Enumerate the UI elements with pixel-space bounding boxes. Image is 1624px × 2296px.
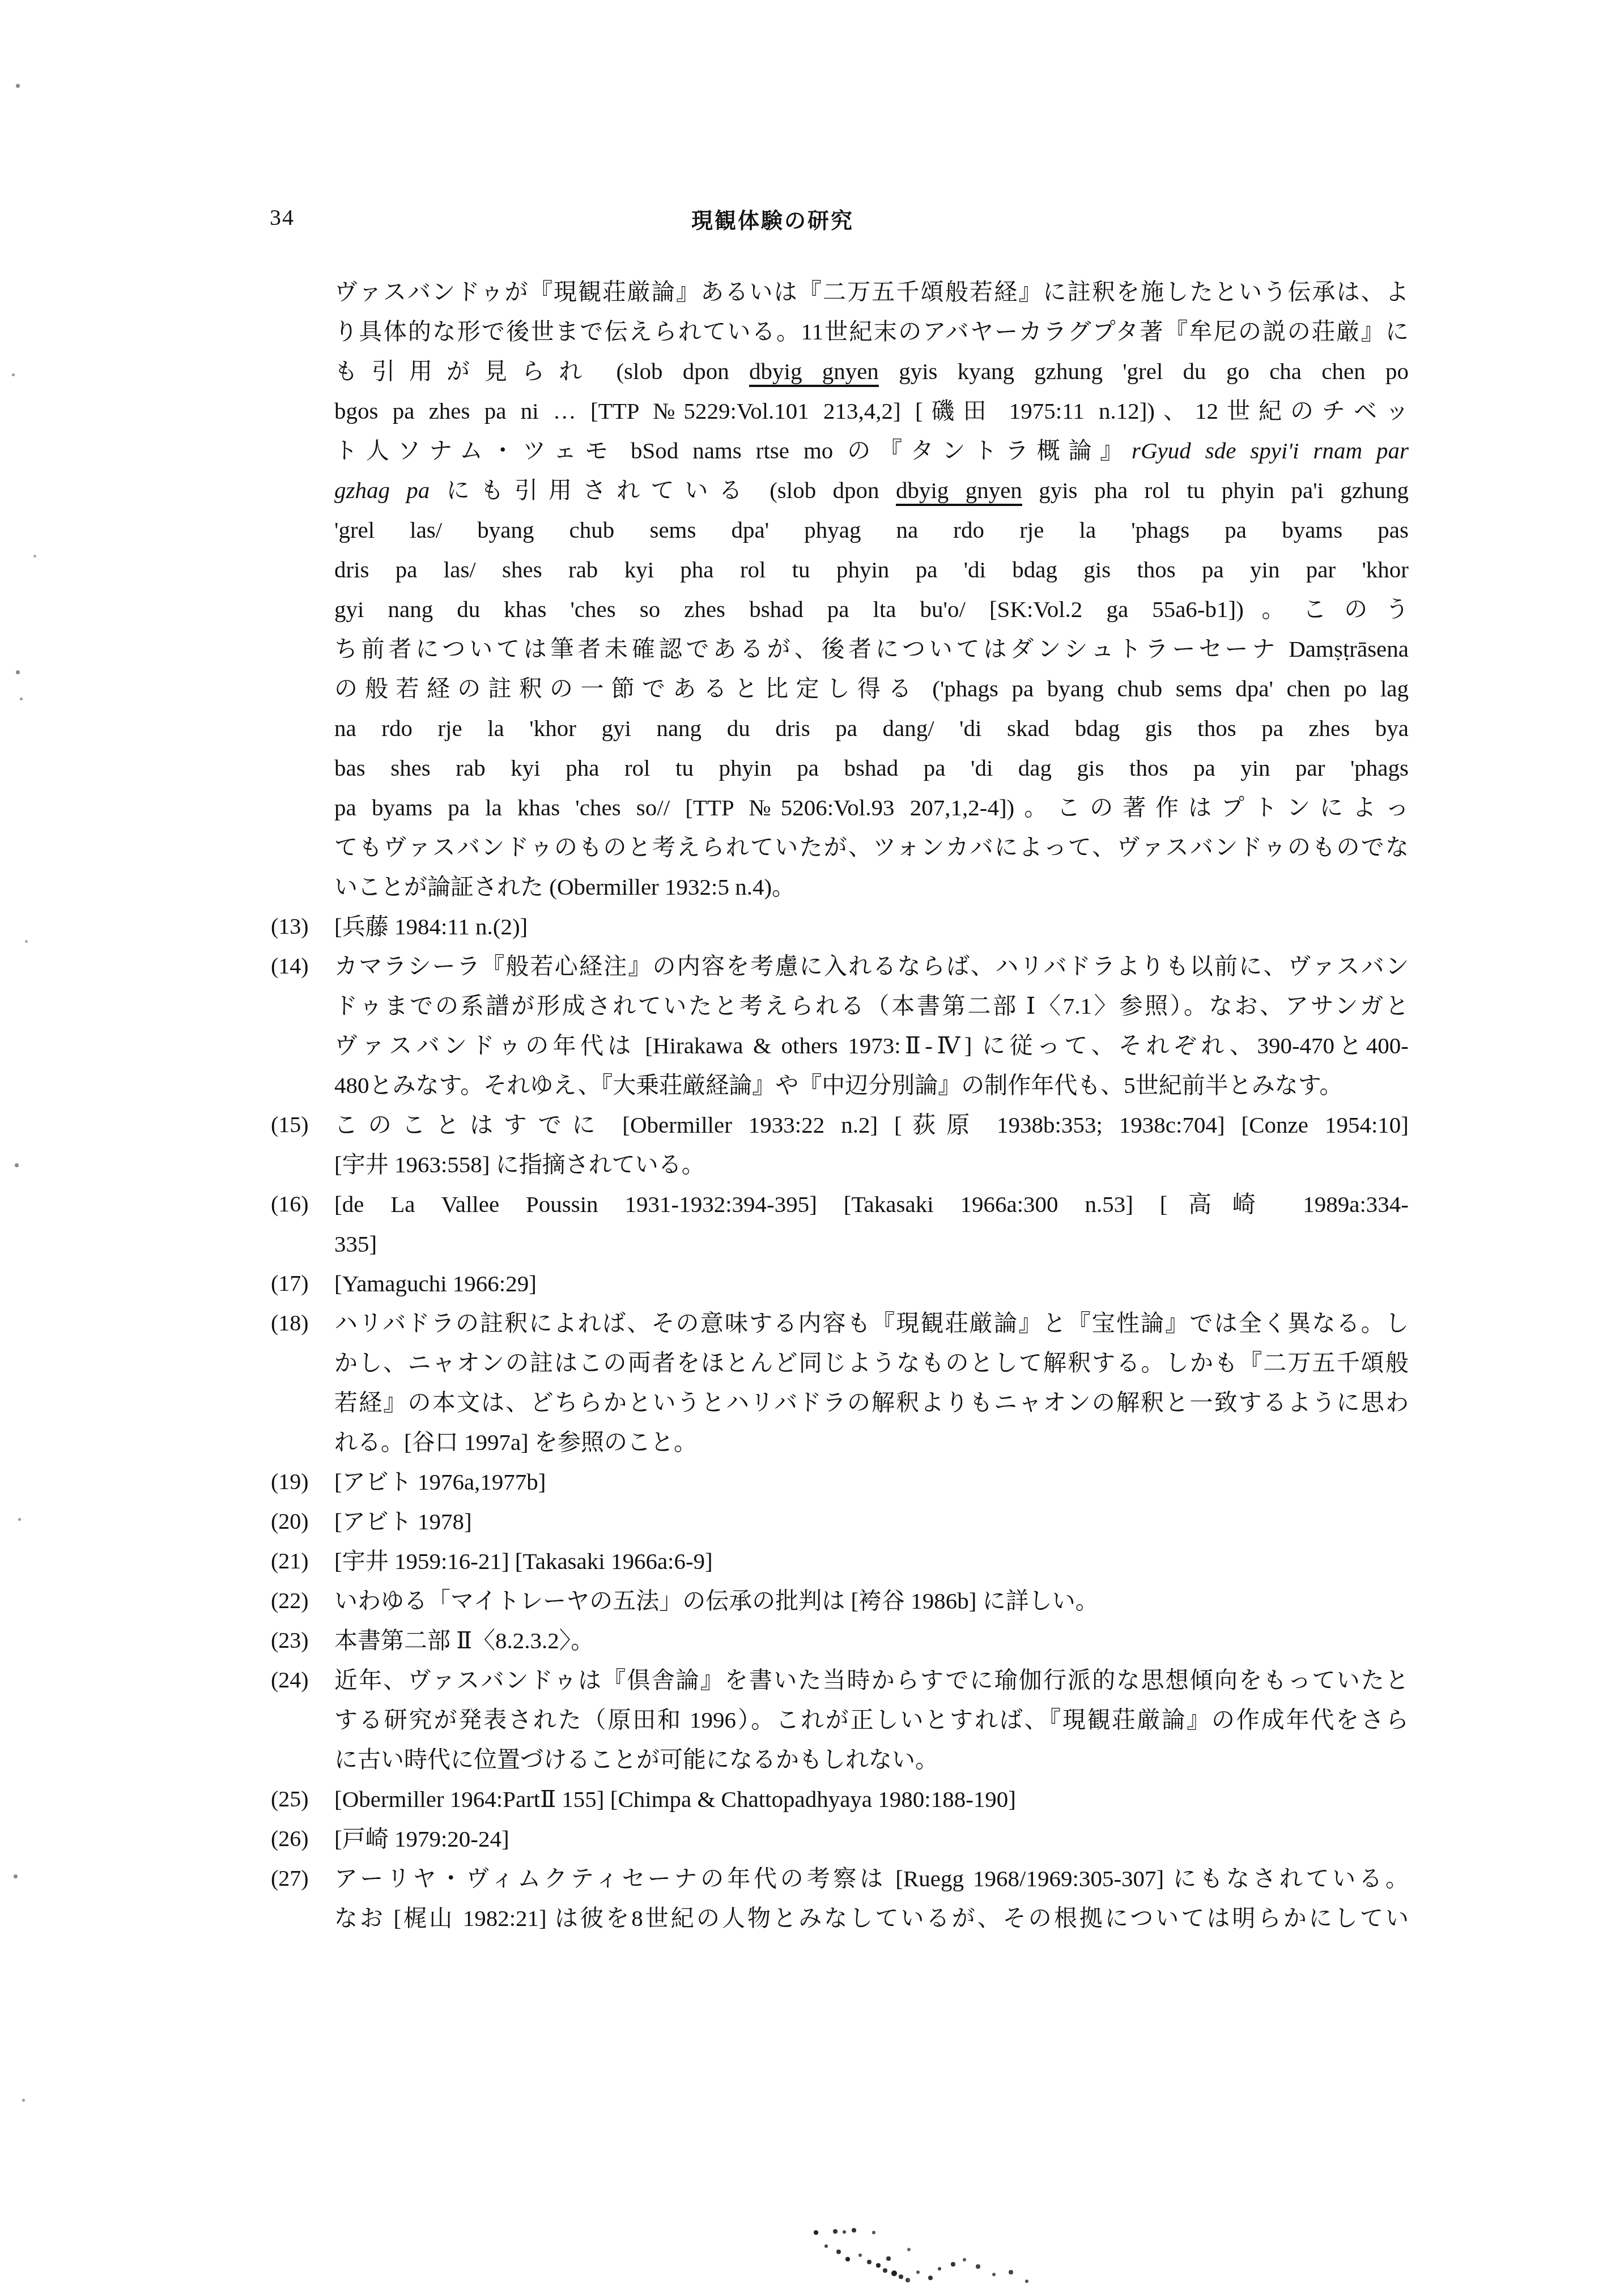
text-segment: このことはすでに [Obermiller 1933:22 n.2] [荻原 19… — [334, 1112, 1409, 1138]
page-number: 34 — [270, 204, 295, 231]
footnote-line: 335] — [334, 1224, 1409, 1264]
footnote-number: (20) — [271, 1502, 309, 1541]
footnote-line: (21)[宇井 1959:16-21] [Takasaki 1966a:6-9] — [334, 1541, 1409, 1581]
paragraph-line: の般若経の註釈の一節であると比定し得る ('phags pa byang chu… — [334, 669, 1409, 708]
text-segment: かし、ニャオンの註はこの両者をほとんど同じようなものとして解釈する。しかも『二万… — [334, 1350, 1409, 1376]
paragraph-line: り具体的な形で後世まで伝えられている。11世紀末のアバヤーカラグプタ著『牟尼の説… — [334, 312, 1409, 351]
paragraph-line: ヴァスバンドゥが『現観荘厳論』あるいは『二万五千頌般若経』に註釈を施したという伝… — [334, 272, 1409, 312]
italic-work-title: gzhag pa — [334, 477, 430, 503]
text-segment: も引用が見られ (slob dpon — [334, 358, 749, 384]
footnote-number: (17) — [271, 1264, 309, 1303]
footnote-line: (17)[Yamaguchi 1966:29] — [334, 1264, 1409, 1303]
footnote-line: (24)近年、ヴァスバンドゥは『倶舎論』を書いた当時からすでに瑜伽行派的な思想傾… — [334, 1660, 1409, 1700]
text-segment: [アビト 1976a,1977b] — [334, 1469, 546, 1495]
paragraph-line: 'grel las/ byang chub sems dpa' phyag na… — [334, 510, 1409, 550]
underlined-term: dbyig gnyen — [749, 358, 879, 387]
text-segment: に古い時代に位置づけることが可能になるかもしれない。 — [334, 1746, 938, 1772]
footnote-line: (27)アーリヤ・ヴィムクティセーナの年代の考察は [Ruegg 1968/19… — [334, 1859, 1409, 1898]
text-segment: 'grel las/ byang chub sems dpa' phyag na… — [334, 517, 1409, 543]
italic-work-title: rGyud sde spyi'i rnam par — [1132, 437, 1409, 464]
footnote-line: する研究が発表された（原田和 1996）。これが正しいとすれば、『現観荘厳論』の… — [334, 1700, 1409, 1740]
text-segment: 近年、ヴァスバンドゥは『倶舎論』を書いた当時からすでに瑜伽行派的な思想傾向をもっ… — [334, 1667, 1409, 1693]
text-segment: gyi nang du khas 'ches so zhes bshad pa … — [334, 596, 1409, 622]
text-segment: てもヴァスバンドゥのものと考えられていたが、ツォンカバによって、ヴァスバンドゥの… — [334, 834, 1409, 860]
text-segment: [Obermiller 1964:PartⅡ 155] [Chimpa & Ch… — [334, 1786, 1016, 1812]
scan-noise-bottom-smudge — [0, 0, 2, 2]
paragraph-line: na rdo rje la 'khor gyi nang du dris pa … — [334, 708, 1409, 748]
footnote-number: (16) — [271, 1184, 309, 1224]
underlined-term: dbyig gnyen — [896, 477, 1022, 506]
text-segment: 335] — [334, 1231, 377, 1257]
footnote-line: (18)ハリバドラの註釈によれば、その意味する内容も『現観荘厳論』と『宝性論』で… — [334, 1303, 1409, 1343]
paragraph-line: gzhag pa にも引用されている (slob dpon dbyig gnye… — [334, 470, 1409, 510]
footnote-number: (24) — [271, 1660, 309, 1700]
footnote-line: ドゥまでの系譜が形成されていたと考えられる（本書第二部 Ⅰ〈7.1〉参照）。なお… — [334, 986, 1409, 1026]
text-segment: pa byams pa la khas 'ches so// [TTP №520… — [334, 794, 1409, 820]
text-segment: いことが論証された (Obermiller 1932:5 n.4)。 — [334, 874, 795, 900]
footnote-number: (22) — [271, 1581, 309, 1621]
text-segment: アーリヤ・ヴィムクティセーナの年代の考察は [Ruegg 1968/1969:3… — [334, 1865, 1409, 1891]
footnote-number: (13) — [271, 907, 309, 946]
footnote-number: (23) — [271, 1621, 309, 1660]
page-header-title: 現観体験の研究 — [691, 203, 854, 234]
scanned-document-page: 34 現観体験の研究 ヴァスバンドゥが『現観荘厳論』あるいは『二万五千頌般若経』… — [0, 0, 1624, 2296]
text-segment: [アビト 1978] — [334, 1508, 472, 1534]
text-segment: ヴァスバンドゥの年代は [Hirakawa & others 1973:Ⅱ-Ⅳ]… — [334, 1032, 1409, 1058]
text-segment: れる。[谷口 1997a] を参照のこと。 — [334, 1429, 697, 1455]
text-segment: [宇井 1959:16-21] [Takasaki 1966a:6-9] — [334, 1548, 713, 1574]
text-segment: する研究が発表された（原田和 1996）。これが正しいとすれば、『現観荘厳論』の… — [334, 1707, 1409, 1733]
text-segment: の般若経の註釈の一節であると比定し得る ('phags pa byang chu… — [334, 675, 1409, 701]
text-segment: 480とみなす。それゆえ、『大乗荘厳経論』や『中辺分別論』の制作年代も、5世紀前… — [334, 1072, 1342, 1098]
paragraph-line: てもヴァスバンドゥのものと考えられていたが、ツォンカバによって、ヴァスバンドゥの… — [334, 827, 1409, 867]
footnote-line: ヴァスバンドゥの年代は [Hirakawa & others 1973:Ⅱ-Ⅳ]… — [334, 1026, 1409, 1065]
footnote-line: (19)[アビト 1976a,1977b] — [334, 1462, 1409, 1502]
text-segment: gyis kyang gzhung 'grel du go cha chen p… — [879, 358, 1409, 384]
text-segment: [Yamaguchi 1966:29] — [334, 1270, 537, 1296]
footnote-number: (14) — [271, 946, 309, 986]
text-content: ヴァスバンドゥが『現観荘厳論』あるいは『二万五千頌般若経』に註釈を施したという伝… — [334, 272, 1409, 1938]
footnote-number: (18) — [271, 1303, 309, 1343]
footnote-line: (25)[Obermiller 1964:PartⅡ 155] [Chimpa … — [334, 1779, 1409, 1819]
text-segment: gyis pha rol tu phyin pa'i gzhung — [1022, 477, 1409, 503]
text-segment: なお [梶山 1982:21] は彼を8世紀の人物とみなしているが、その根拠につ… — [334, 1905, 1409, 1931]
text-segment: [戸崎 1979:20-24] — [334, 1826, 509, 1852]
text-segment: ハリバドラの註釈によれば、その意味する内容も『現観荘厳論』と『宝性論』では全く異… — [334, 1310, 1409, 1336]
footnote-line: かし、ニャオンの註はこの両者をほとんど同じようなものとして解釈する。しかも『二万… — [334, 1343, 1409, 1383]
text-segment: bas shes rab kyi pha rol tu phyin pa bsh… — [334, 755, 1409, 781]
footnote-line: 480とみなす。それゆえ、『大乗荘厳経論』や『中辺分別論』の制作年代も、5世紀前… — [334, 1065, 1409, 1105]
text-segment: ドゥまでの系譜が形成されていたと考えられる（本書第二部 Ⅰ〈7.1〉参照）。なお… — [334, 993, 1409, 1019]
text-segment: ト人ソナム・ツェモ bSod nams rtse mo の『タントラ概論』 — [334, 437, 1132, 464]
footnote-line: (16)[de La Vallee Poussin 1931-1932:394-… — [334, 1184, 1409, 1224]
text-segment: いわゆる「マイトレーヤの五法」の伝承の批判は [袴谷 1986b] に詳しい。 — [334, 1588, 1099, 1614]
paragraph-line: bgos pa zhes pa ni … [TTP №5229:Vol.101 … — [334, 391, 1409, 431]
footnote-number: (21) — [271, 1541, 309, 1581]
footnote-line: 若経』の本文は、どちらかというとハリバドラの解釈よりもニャオンの解釈と一致するよ… — [334, 1383, 1409, 1422]
footnote-number: (15) — [271, 1105, 309, 1145]
footnote-number: (27) — [271, 1859, 309, 1898]
text-segment: カマラシーラ『般若心経注』の内容を考慮に入れるならば、ハリバドラよりも以前に、ヴ… — [334, 953, 1409, 979]
text-segment: [宇井 1963:558] に指摘されている。 — [334, 1151, 705, 1177]
footnote-line: (23)本書第二部 Ⅱ〈8.2.3.2〉。 — [334, 1621, 1409, 1660]
text-segment: na rdo rje la 'khor gyi nang du dris pa … — [334, 715, 1409, 741]
footnote-line: (26)[戸崎 1979:20-24] — [334, 1819, 1409, 1859]
paragraph-line: いことが論証された (Obermiller 1932:5 n.4)。 — [334, 867, 1409, 907]
text-segment: [de La Vallee Poussin 1931-1932:394-395]… — [334, 1191, 1409, 1217]
paragraph-line: gyi nang du khas 'ches so zhes bshad pa … — [334, 589, 1409, 629]
paragraph-line: pa byams pa la khas 'ches so// [TTP №520… — [334, 788, 1409, 827]
text-segment: dris pa las/ shes rab kyi pha rol tu phy… — [334, 556, 1409, 582]
footnote-number: (26) — [271, 1819, 309, 1859]
paragraph-line: dris pa las/ shes rab kyi pha rol tu phy… — [334, 550, 1409, 589]
paragraph-line: も引用が見られ (slob dpon dbyig gnyen gyis kyan… — [334, 351, 1409, 391]
footnote-line: (14)カマラシーラ『般若心経注』の内容を考慮に入れるならば、ハリバドラよりも以… — [334, 946, 1409, 986]
text-segment: 本書第二部 Ⅱ〈8.2.3.2〉。 — [334, 1627, 594, 1653]
text-segment: 若経』の本文は、どちらかというとハリバドラの解釈よりもニャオンの解釈と一致するよ… — [334, 1389, 1409, 1415]
paragraph-line: ち前者については筆者未確認であるが、後者についてはダンシュトラーセーナ Damṣ… — [334, 629, 1409, 669]
text-segment: [兵藤 1984:11 n.(2)] — [334, 913, 528, 939]
footnote-line: [宇井 1963:558] に指摘されている。 — [334, 1145, 1409, 1184]
footnote-number: (19) — [271, 1462, 309, 1502]
footnote-line: に古い時代に位置づけることが可能になるかもしれない。 — [334, 1740, 1409, 1779]
footnote-line: れる。[谷口 1997a] を参照のこと。 — [334, 1422, 1409, 1462]
footnote-line: (22)いわゆる「マイトレーヤの五法」の伝承の批判は [袴谷 1986b] に詳… — [334, 1581, 1409, 1621]
footnote-line: (13)[兵藤 1984:11 n.(2)] — [334, 907, 1409, 946]
text-segment: ち前者については筆者未確認であるが、後者についてはダンシュトラーセーナ Damṣ… — [334, 636, 1409, 662]
footnote-line: (15)このことはすでに [Obermiller 1933:22 n.2] [荻… — [334, 1105, 1409, 1145]
footnote-number: (25) — [271, 1779, 309, 1819]
text-segment: ヴァスバンドゥが『現観荘厳論』あるいは『二万五千頌般若経』に註釈を施したという伝… — [334, 279, 1409, 305]
text-segment: にも引用されている (slob dpon — [430, 477, 896, 503]
text-segment: り具体的な形で後世まで伝えられている。11世紀末のアバヤーカラグプタ著『牟尼の説… — [334, 318, 1409, 345]
footnote-line: (20)[アビト 1978] — [334, 1502, 1409, 1541]
paragraph-line: ト人ソナム・ツェモ bSod nams rtse mo の『タントラ概論』rGy… — [334, 431, 1409, 470]
text-segment: bgos pa zhes pa ni … [TTP №5229:Vol.101 … — [334, 398, 1409, 424]
paragraph-line: bas shes rab kyi pha rol tu phyin pa bsh… — [334, 748, 1409, 788]
footnote-line: なお [梶山 1982:21] は彼を8世紀の人物とみなしているが、その根拠につ… — [334, 1898, 1409, 1938]
